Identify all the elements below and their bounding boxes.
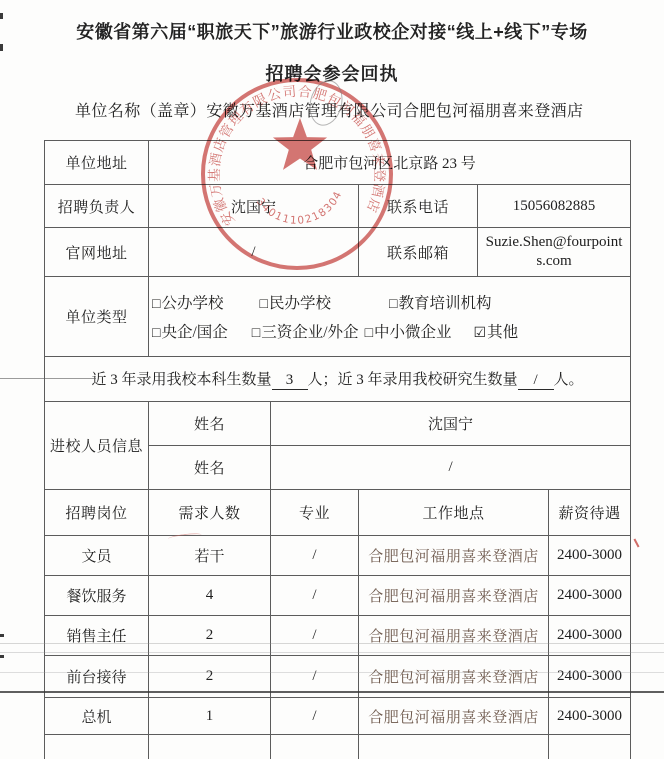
- checkbox-icon: □: [365, 326, 373, 341]
- phone-label: 联系电话: [359, 185, 478, 228]
- grad-count-blank: /: [518, 372, 554, 390]
- recruiter-value: 沈国宁: [149, 185, 359, 228]
- row-visitor-1: 进校人员信息 姓名 沈国宁: [45, 402, 631, 446]
- website-label: 官网地址: [45, 228, 149, 277]
- scan-edge-mark: [0, 13, 3, 19]
- address-label: 单位地址: [45, 141, 149, 185]
- job-location: 合肥包河福朋喜来登酒店: [359, 698, 549, 735]
- option-other-checked: ☑其他: [474, 320, 519, 342]
- job-location: 合肥包河福朋喜来登酒店: [359, 536, 549, 576]
- address-value: 合肥市包河区北京路 23 号: [149, 141, 631, 185]
- scan-edge-mark: [0, 655, 4, 658]
- phone-value: 15056082885: [478, 185, 631, 228]
- scan-artifact-line: [0, 652, 664, 653]
- job-salary: 2400-3000: [549, 576, 631, 616]
- job-position: 总机: [45, 698, 149, 735]
- job-location: 合肥包河福朋喜来登酒店: [359, 616, 549, 656]
- job-count: 1: [149, 698, 271, 735]
- unit-type-line1: □公办学校 □民办学校 □教育培训机构: [152, 291, 627, 313]
- job-position: 文员: [45, 536, 149, 576]
- row-recruiter: 招聘负责人 沈国宁 联系电话 15056082885: [45, 185, 631, 228]
- visitors-section-label: 进校人员信息: [45, 402, 149, 490]
- job-row: 销售主任 2 / 合肥包河福朋喜来登酒店 2400-3000: [45, 616, 631, 656]
- scan-artifact-line: [0, 378, 96, 379]
- unit-type-options: □公办学校 □民办学校 □教育培训机构 □央企/国企 □三资企业/外企 □中小微…: [149, 277, 631, 357]
- job-salary: 2400-3000: [549, 616, 631, 656]
- scan-artifact-line: [0, 643, 664, 644]
- header-salary: 薪资待遇: [549, 490, 631, 536]
- email-value: Suzie.Shen@fourpoints.com: [478, 228, 631, 277]
- job-count: 若干: [149, 536, 271, 576]
- scan-edge-mark: [0, 44, 3, 51]
- job-salary: 2400-3000: [549, 698, 631, 735]
- email-label: 联系邮箱: [359, 228, 478, 277]
- undergrad-count-blank: 3: [272, 372, 308, 390]
- job-row: 餐饮服务 4 / 合肥包河福朋喜来登酒店 2400-3000: [45, 576, 631, 616]
- job-count: 4: [149, 576, 271, 616]
- website-value: /: [149, 228, 359, 277]
- option-public-school: □公办学校: [152, 291, 223, 313]
- header-major: 专业: [271, 490, 359, 536]
- job-major: /: [271, 536, 359, 576]
- checkbox-icon: □: [252, 326, 260, 341]
- hiring-stats-text: 近 3 年录用我校本科生数量3人；近 3 年录用我校研究生数量/人。: [45, 357, 631, 402]
- option-training-org: □教育培训机构: [389, 291, 491, 313]
- job-row: 文员 若干 / 合肥包河福朋喜来登酒店 2400-3000: [45, 536, 631, 576]
- checkbox-icon: □: [259, 297, 267, 312]
- job-location: 合肥包河福朋喜来登酒店: [359, 576, 549, 616]
- option-state-enterprise: □央企/国企: [152, 320, 228, 342]
- unit-type-label: 单位类型: [45, 277, 149, 357]
- form-title-line1: 安徽省第六届“职旅天下”旅游行业政校企对接“线上+线下”专场: [0, 18, 664, 44]
- form-table: 单位地址 合肥市包河区北京路 23 号 招聘负责人 沈国宁 联系电话 15056…: [44, 140, 631, 759]
- header-location: 工作地点: [359, 490, 549, 536]
- visitor1-name-label: 姓名: [149, 402, 271, 446]
- red-pen-tick: [634, 539, 640, 548]
- row-job-headers: 招聘岗位 需求人数 专业 工作地点 薪资待遇: [45, 490, 631, 536]
- row-address: 单位地址 合肥市包河区北京路 23 号: [45, 141, 631, 185]
- recruiter-label: 招聘负责人: [45, 185, 149, 228]
- row-website-email: 官网地址 / 联系邮箱 Suzie.Shen@fourpoints.com: [45, 228, 631, 277]
- option-private-school: □民办学校: [259, 291, 330, 313]
- job-row-empty: [45, 735, 631, 759]
- unit-type-line2: □央企/国企 □三资企业/外企 □中小微企业 ☑其他: [152, 320, 627, 342]
- row-hiring-stats: 近 3 年录用我校本科生数量3人；近 3 年录用我校研究生数量/人。: [45, 357, 631, 402]
- scan-artifact-line: [0, 691, 664, 693]
- header-position: 招聘岗位: [45, 490, 149, 536]
- checkbox-icon: □: [152, 326, 160, 341]
- job-row: 总机 1 / 合肥包河福朋喜来登酒店 2400-3000: [45, 698, 631, 735]
- job-major: /: [271, 576, 359, 616]
- scan-edge-mark: [0, 634, 4, 637]
- checkbox-icon: □: [389, 297, 397, 312]
- visitor2-name-label: 姓名: [149, 446, 271, 490]
- visitor2-name-value: /: [271, 446, 631, 490]
- option-sme: □中小微企业: [365, 320, 452, 342]
- job-count: 2: [149, 616, 271, 656]
- job-major: /: [271, 616, 359, 656]
- visitor1-name-value: 沈国宁: [271, 402, 631, 446]
- checkbox-checked-icon: ☑: [474, 326, 487, 341]
- header-count: 需求人数: [149, 490, 271, 536]
- job-salary: 2400-3000: [549, 536, 631, 576]
- scanned-form-page: 安徽省第六届“职旅天下”旅游行业政校企对接“线上+线下”专场 招聘会参会回执 单…: [0, 0, 664, 759]
- scan-artifact-line: [0, 672, 664, 673]
- checkbox-icon: □: [152, 297, 160, 312]
- job-position: 餐饮服务: [45, 576, 149, 616]
- row-unit-type: 单位类型 □公办学校 □民办学校 □教育培训机构 □央企/国企 □三资企业/外企…: [45, 277, 631, 357]
- job-major: /: [271, 698, 359, 735]
- job-position: 销售主任: [45, 616, 149, 656]
- option-foreign-enterprise: □三资企业/外企: [252, 320, 359, 342]
